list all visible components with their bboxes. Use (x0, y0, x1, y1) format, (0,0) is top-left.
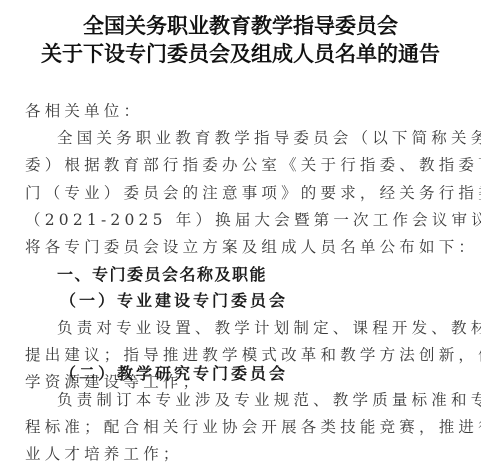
intro-line: 委）根据教育部行指委办公室《关于行指委、教指委下设专 (25, 153, 481, 175)
intro-line: 将各专门委员会设立方案及组成人员名单公布如下： (25, 235, 478, 257)
committee-2-heading: （二）教学研究专门委员会 (60, 361, 288, 384)
intro-line: 门（专业）委员会的注意事项》的要求，经关务行指委 (25, 181, 481, 203)
intro-line: 全国关务职业教育教学指导委员会（以下简称关务行指 (57, 126, 481, 148)
intro-line: （2021-2025 年）换届大会暨第一次工作会议审议通过，现 (25, 208, 481, 230)
committee-2-text: 业人才培养工作； (25, 442, 183, 464)
salutation: 各相关单位： (25, 99, 143, 121)
committee-1-heading: （一）专业建设专门委员会 (60, 288, 288, 311)
committee-1-text: 负责对专业设置、教学计划制定、课程开发、教材建设 (57, 316, 481, 338)
committee-2-text: 负责制订本专业涉及专业规范、教学质量标准和专业课 (57, 388, 481, 410)
document-title-line-2: 关于下设专门委员会及组成人员名单的通告 (0, 38, 481, 68)
section-heading: 一、专门委员会名称及职能 (57, 262, 267, 285)
document-title-line-1: 全国关务职业教育教学指导委员会 (0, 10, 481, 40)
notice-document: 全国关务职业教育教学指导委员会 关于下设专门委员会及组成人员名单的通告 各相关单… (0, 0, 481, 467)
committee-2-text: 程标准；配合相关行业协会开展各类技能竞赛，推进行业专 (25, 415, 481, 437)
